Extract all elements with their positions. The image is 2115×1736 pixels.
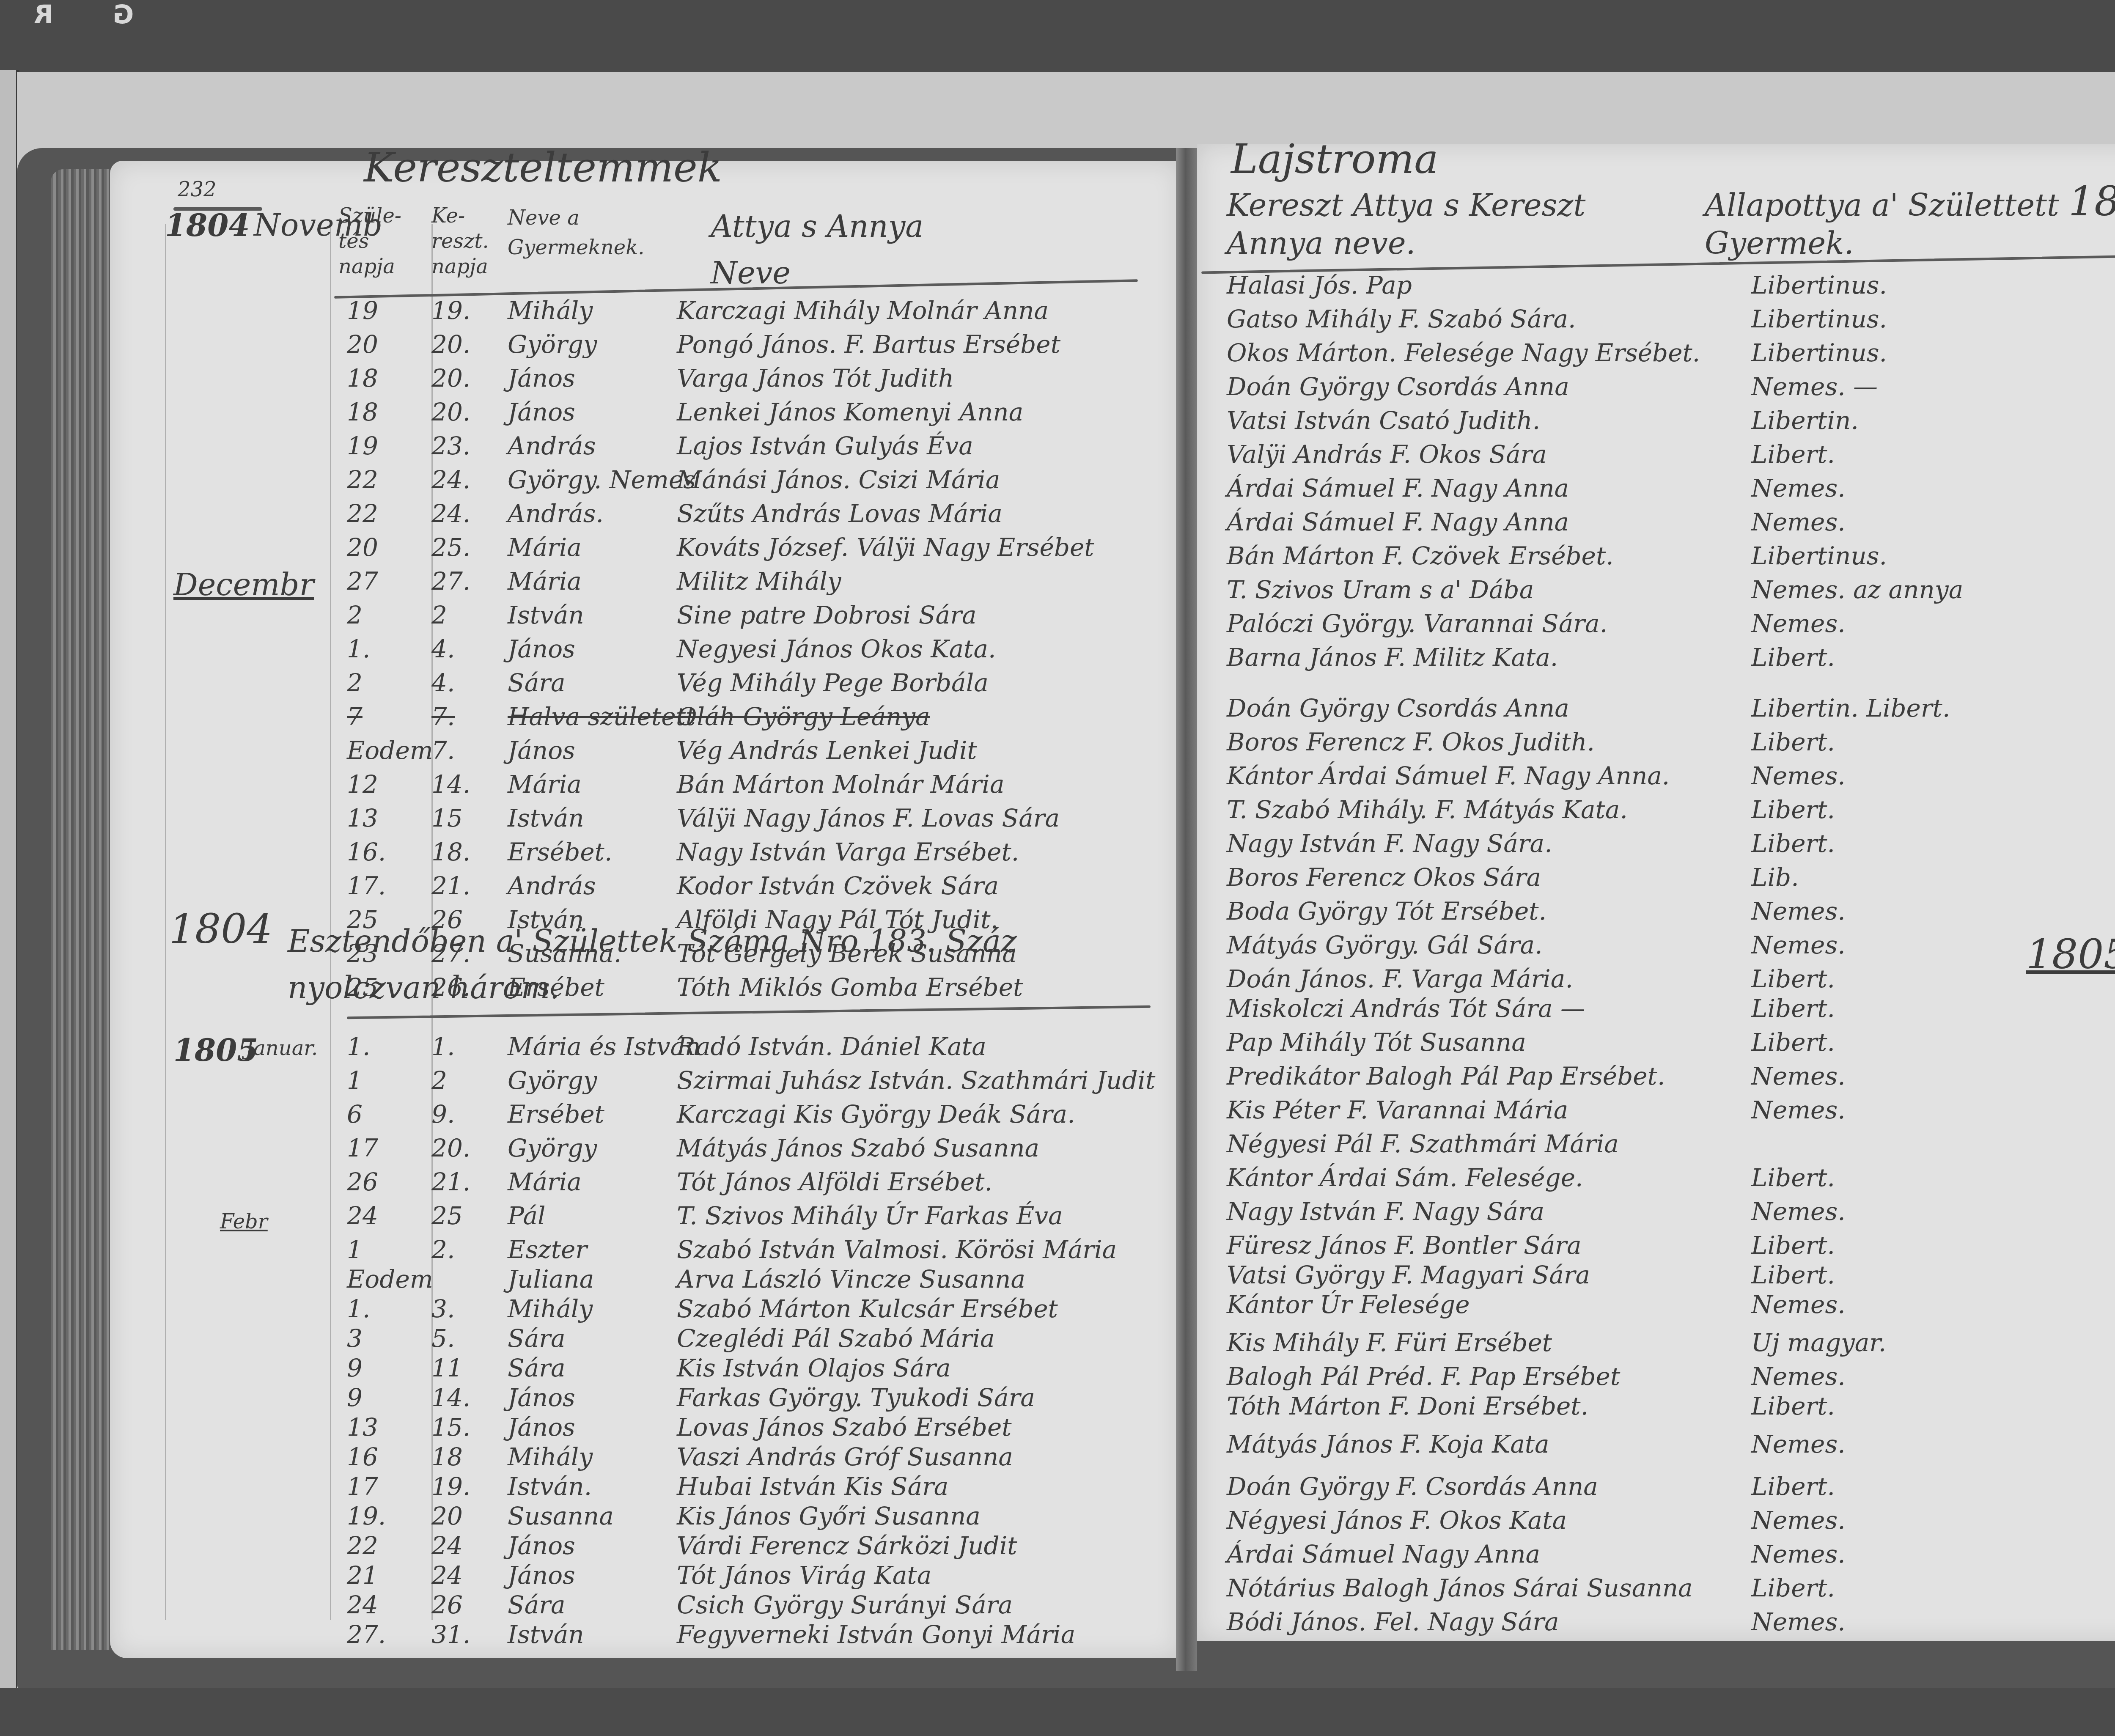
scan-border-bottom <box>0 1688 2115 1736</box>
page-number: 232 <box>178 178 217 201</box>
left-page: 232 1804 Novemb Keresztelteттek Szüle-té… <box>110 161 1180 1658</box>
month-february: Febr <box>220 1210 268 1233</box>
header-child-name: Neve a Gyermeknek. <box>508 203 634 262</box>
right-page: Lajstroma 233. 1804. Kereszt Attya s Ker… <box>1197 144 2115 1641</box>
header-status: Allapottya a' Születtett Gyermek. <box>1705 186 2085 262</box>
summary-text: Esztendőben a' Születtek Száma Nro 183. … <box>288 918 1134 1011</box>
page-title: Keresztelteттek <box>364 144 722 191</box>
summary-year: 1804 <box>169 905 272 953</box>
month-december: Decembr <box>173 567 314 602</box>
header-birth-day: Szüle-tés napja <box>338 203 423 279</box>
header-baptism-day: Ke-reszt. napja <box>431 203 499 279</box>
page-edges-left <box>51 169 118 1650</box>
film-marker: G R <box>8 0 134 30</box>
book-gutter <box>1176 148 1197 1671</box>
month-january: Januar. <box>245 1036 318 1060</box>
header-godparents: Kereszt Attya s Kereszt Annya neve. <box>1227 186 1650 262</box>
header-parents: Attya s Annya Neve <box>711 203 1007 296</box>
margin-rule <box>165 224 166 1620</box>
page-title: Lajstroma <box>1231 135 1439 183</box>
year-label: 1804 <box>165 207 250 243</box>
year-1805-label: 1805 <box>2026 931 2115 978</box>
